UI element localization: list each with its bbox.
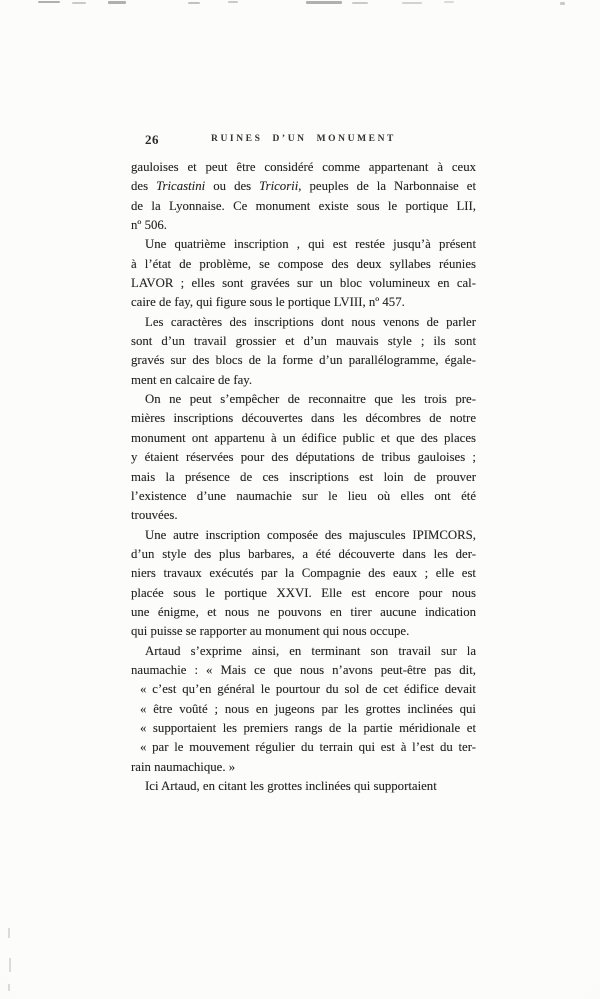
scan-noise-mark	[306, 1, 342, 4]
text-line: naumachie : « Mais ce que nous n’avons p…	[131, 661, 476, 680]
text-line: y étaient réservées pour des députations…	[131, 448, 476, 467]
text-line: « c’est qu’en général le pourtour du sol…	[131, 680, 476, 699]
text-line: trouvées.	[131, 506, 476, 525]
text-line: Les caractères des inscriptions dont nou…	[131, 313, 476, 332]
text-line: à l’état de problème, se compose des deu…	[131, 255, 476, 274]
text-line: « par le mouvement régulier du terrain q…	[131, 738, 476, 757]
text-line: LAVOR ; elles sont gravées sur un bloc v…	[131, 274, 476, 293]
text-line: « être voûté ; nous en jugeons par les g…	[131, 700, 476, 719]
text-line: gauloises et peut être considéré comme a…	[131, 158, 476, 177]
text-line: nº 506.	[131, 216, 476, 235]
text-line: une énigme, et nous ne pouvons en tirer …	[131, 603, 476, 622]
scan-noise-mark	[444, 1, 454, 3]
text-line: niers travaux exécutés par la Compagnie …	[131, 564, 476, 583]
text-line: ment en calcaire de fay.	[131, 371, 476, 390]
text-line: caire de fay, qui figure sous le portiqu…	[131, 293, 476, 312]
scan-noise-mark	[8, 984, 10, 991]
scan-noise-mark	[9, 958, 11, 972]
book-page: 26 RUINES D’UN MONUMENT gauloises et peu…	[0, 0, 600, 999]
scan-noise-mark	[402, 2, 422, 4]
text-line: d’un style des plus barbares, a été déco…	[131, 545, 476, 564]
text-line: On ne peut s’empêcher de reconnaitre que…	[131, 390, 476, 409]
scan-noise-mark	[560, 2, 565, 5]
text-line: « supportaient les premiers rangs de la …	[131, 719, 476, 738]
scan-noise-mark	[72, 2, 86, 4]
text-line: monument ont appartenu à un édifice publ…	[131, 429, 476, 448]
text-line: qui puisse se rapporter au monument qui …	[131, 622, 476, 641]
text-line: Une autre inscription composée des majus…	[131, 526, 476, 545]
running-title: RUINES D’UN MONUMENT	[131, 134, 476, 144]
text-line: des Tricastini ou des Tricorii, peuples …	[131, 177, 476, 196]
text-line: mières inscriptions découvertes dans les…	[131, 409, 476, 428]
text-line: l’existence d’une naumachie sur le lieu …	[131, 487, 476, 506]
text-line: rain naumachique. »	[131, 758, 476, 777]
page-header: 26 RUINES D’UN MONUMENT	[131, 130, 476, 148]
text-line: placée sous le portique XXVI. Elle est e…	[131, 584, 476, 603]
text-line: Une quatrième inscription , qui est rest…	[131, 235, 476, 254]
text-line: de la Lyonnaise. Ce monument existe sous…	[131, 197, 476, 216]
text-line: Artaud s’exprime ainsi, en terminant son…	[131, 642, 476, 661]
scan-noise-mark	[228, 1, 238, 3]
scan-noise-mark	[38, 1, 60, 3]
text-line: gravés sur des blocs de la forme d’un pa…	[131, 351, 476, 370]
text-line: mais la présence de ces inscriptions est…	[131, 468, 476, 487]
text-line: sont d’un travail grossier et d’un mauva…	[131, 332, 476, 351]
scan-noise-mark	[352, 2, 368, 4]
scan-noise-mark	[188, 2, 200, 4]
text-column: gauloises et peut être considéré comme a…	[131, 158, 476, 796]
text-line: Ici Artaud, en citant les grottes inclin…	[131, 777, 476, 796]
scan-noise-mark	[8, 928, 10, 938]
scan-noise-mark	[108, 1, 126, 4]
